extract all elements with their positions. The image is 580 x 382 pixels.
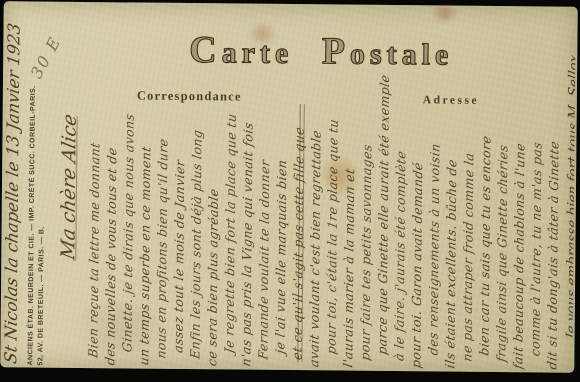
signature: Je vous embrasse bien fort tous M. Sello… <box>562 12 575 371</box>
salutation: Ma chère Alice <box>54 9 83 366</box>
message-line: dit si tu dong'ais à tâter à Ginette <box>543 12 563 371</box>
publisher-imprint-line-2: 52, AV. DE BRETEUIL. — PARIS. — B. <box>36 10 49 366</box>
handwriting-layer: St Nicolas la chapelle le 13 Janvier 192… <box>0 9 575 370</box>
message-lines: Bien reçue ta lettre me donnantdes nouve… <box>84 10 563 371</box>
dateline: St Nicolas la chapelle le 13 Janvier 192… <box>0 9 25 365</box>
postcard-back: Carte Postale Correspondance Adresse 30 … <box>0 1 577 372</box>
